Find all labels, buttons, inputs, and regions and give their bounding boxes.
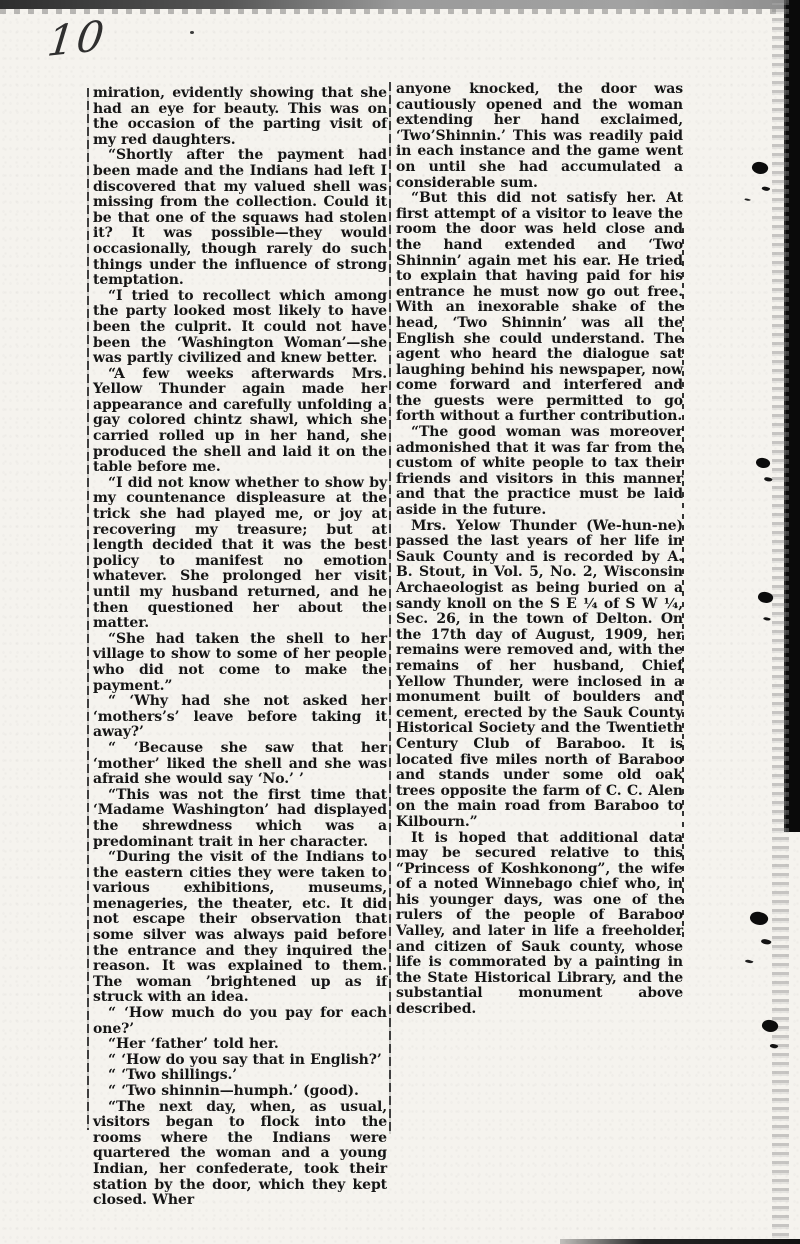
paragraph: “During the visit of the Indians to the … xyxy=(93,850,387,1006)
handwritten-page-number: 10 xyxy=(45,11,109,66)
paragraph: “The good woman was moreover admonished … xyxy=(396,425,683,519)
scan-edge-top-fuzz xyxy=(0,9,800,14)
paragraph: Mrs. Yelow Thunder (We-hun-ne) passed th… xyxy=(396,519,683,831)
paragraph: “The next day, when, as usual, visitors … xyxy=(93,1100,387,1209)
ink-smudge xyxy=(755,456,771,470)
newspaper-column-right: anyone knocked, the door was cautiously … xyxy=(396,82,683,1018)
paragraph: “ ‘How much do you pay for each one?’ xyxy=(93,1006,387,1037)
paragraph: “But this did not satisfy her. At first … xyxy=(396,191,683,425)
ink-smudge xyxy=(751,160,770,176)
paragraph: “I tried to recollect which among the pa… xyxy=(93,289,387,367)
paragraph: “I did not know whether to show by my co… xyxy=(93,476,387,632)
ink-dot xyxy=(190,31,194,34)
scan-edge-bottom xyxy=(560,1239,800,1244)
paragraph: “A few weeks afterwards Mrs. Yellow Thun… xyxy=(93,367,387,476)
paragraph: “ ‘Two shillings.’ xyxy=(93,1068,387,1084)
paragraph: “She had taken the shell to her village … xyxy=(93,632,387,694)
paragraph: “ ‘Because she saw that her ‘mother’ lik… xyxy=(93,741,387,788)
scanned-document-page: 10 miration, evidently showing that she … xyxy=(0,0,800,1244)
ink-smudge xyxy=(748,910,769,928)
column-rule-left xyxy=(87,88,89,1130)
paragraph: “This was not the first time that ‘Madam… xyxy=(93,788,387,850)
paragraph: “ ‘How do you say that in English?’ xyxy=(93,1053,387,1069)
scan-edge-top xyxy=(0,0,800,9)
scan-texture-strip-right xyxy=(772,0,789,1244)
paragraph: It is hoped that additional data may be … xyxy=(396,831,683,1018)
paragraph: miration, evidently showing that she had… xyxy=(93,86,387,148)
paragraph: “ ‘Why had she not asked her ‘mothers’s’… xyxy=(93,694,387,741)
paragraph: “Her ‘father’ told her. xyxy=(93,1037,387,1053)
paragraph: “ ‘Two shinnin—humph.’ (good). xyxy=(93,1084,387,1100)
paragraph: “Shortly after the payment had been made… xyxy=(93,148,387,288)
paragraph: anyone knocked, the door was cautiously … xyxy=(396,82,683,191)
column-rule-middle xyxy=(389,82,391,1134)
newspaper-column-left: miration, evidently showing that she had… xyxy=(93,86,387,1209)
